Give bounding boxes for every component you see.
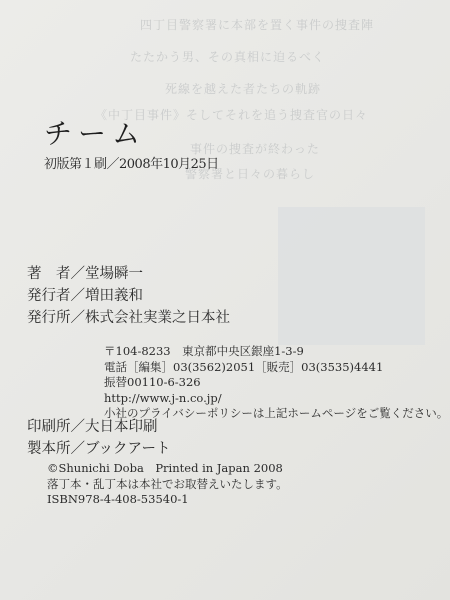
bleed-line: 四丁目警察署に本部を置く事件の捜査陣 xyxy=(140,16,374,33)
copyright-line: ©Shunichi Doba Printed in Japan 2008 xyxy=(47,461,288,477)
postal-address: 〒104-8233 東京都中央区銀座1-3-9 xyxy=(104,344,448,360)
separator: ／ xyxy=(71,288,86,304)
credit-binder: 製本所／ブックアート xyxy=(27,438,171,460)
edition-date: 初版第１刷／2008年10月25日 xyxy=(44,153,219,172)
credit-value: 堂場瞬一 xyxy=(85,266,143,282)
credit-label: 印刷所 xyxy=(27,419,71,435)
separator: ／ xyxy=(71,441,86,457)
replacement-notice: 落丁本・乱丁本は本社でお取替えいたします。 xyxy=(47,477,288,493)
bleed-line: 死線を越えた者たちの軌跡 xyxy=(165,80,321,97)
transfer-account: 振替00110-6-326 xyxy=(104,375,448,391)
colophon-page: 四丁目警察署に本部を置く事件の捜査陣 たたかう男、その真相に迫るべく 死線を越え… xyxy=(0,0,450,600)
publisher-address-block: 〒104-8233 東京都中央区銀座1-3-9 電話［編集］03(3562)20… xyxy=(104,344,448,422)
separator: ／ xyxy=(71,310,86,326)
credit-publisher-person: 発行者／増田義和 xyxy=(27,285,230,307)
credit-value: 大日本印刷 xyxy=(85,419,158,435)
publication-credits: 著 者／堂場瞬一 発行者／増田義和 発行所／株式会社実業之日本社 xyxy=(27,263,230,329)
credit-label: 発行所 xyxy=(27,307,71,329)
credit-author: 著 者／堂場瞬一 xyxy=(27,263,230,285)
legal-block: ©Shunichi Doba Printed in Japan 2008 落丁本… xyxy=(47,461,288,508)
phone-numbers: 電話［編集］03(3562)2051［販売］03(3535)4441 xyxy=(104,360,448,376)
credit-value: 増田義和 xyxy=(85,288,143,304)
credit-label: 製本所 xyxy=(27,441,71,457)
bleed-image-block xyxy=(278,207,425,345)
separator: ／ xyxy=(71,419,86,435)
separator: ／ xyxy=(71,266,86,282)
credit-label: 著 者 xyxy=(27,263,71,285)
production-credits: 印刷所／大日本印刷 製本所／ブックアート xyxy=(27,416,171,460)
credit-printer: 印刷所／大日本印刷 xyxy=(27,416,171,438)
isbn: ISBN978-4-408-53540-1 xyxy=(47,492,288,508)
credit-value: ブックアート xyxy=(85,441,171,457)
website-url: http://www.j-n.co.jp/ xyxy=(104,391,448,407)
bleed-line: たたかう男、その真相に迫るべく xyxy=(130,48,325,65)
credit-label: 発行者 xyxy=(27,285,71,307)
credit-publisher-company: 発行所／株式会社実業之日本社 xyxy=(27,307,230,329)
book-title: チーム xyxy=(44,112,146,152)
credit-value: 株式会社実業之日本社 xyxy=(85,310,230,326)
